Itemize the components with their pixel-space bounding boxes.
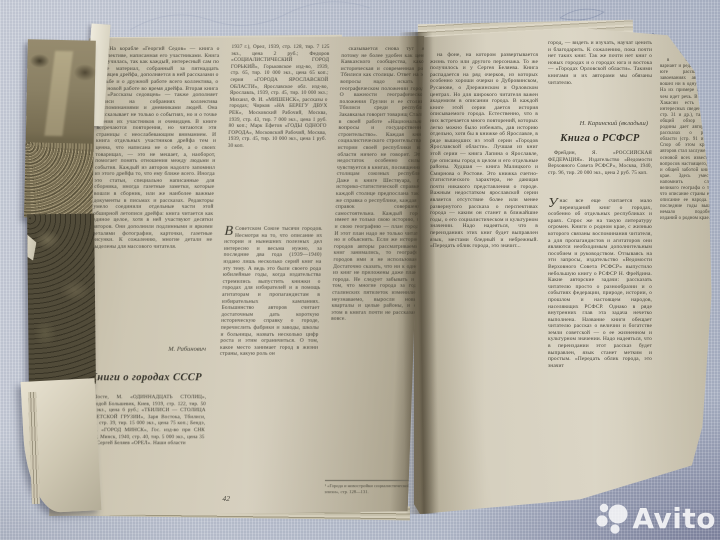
avito-logo-icon bbox=[595, 500, 629, 536]
section-heading-cities: Книги о городах СССР bbox=[77, 372, 215, 383]
right-column-1: на фоне, на котором развертывается жизнь… bbox=[430, 52, 538, 494]
section-heading-rsfsr: Книга о РСФСР bbox=[548, 133, 652, 144]
body-text: на фоне, на котором развертывается жизнь… bbox=[430, 52, 538, 250]
footnote: ¹ «Города и новостройки социалистической… bbox=[324, 480, 411, 494]
left-column-1-bibliography: Шосте, М. «ОДИННАДЦАТЬ СТОЛИЦ», Молодой … bbox=[82, 394, 206, 500]
bibliography-list: 1937 г.), Орел, 1939, стр. 128, тир. 7 1… bbox=[225, 44, 330, 220]
photo-of-open-magazine: { "meta": { "description": "Photograph o… bbox=[0, 0, 720, 540]
photo-gravel-detail bbox=[24, 143, 94, 219]
body-text: «На корабле «Георгий Седов» — книга о ко… bbox=[92, 46, 220, 250]
body-text: сказывается снова тут же, потому не боле… bbox=[331, 46, 430, 323]
drop-cap: У bbox=[548, 198, 558, 209]
watermark-text: Avito bbox=[632, 502, 716, 535]
tipped-in-photo-landscape bbox=[24, 39, 96, 218]
left-column-3: сказывается снова тут же, потому не боле… bbox=[325, 46, 430, 476]
left-column-2: 1937 г.), Орел, 1939, стр. 128, тир. 7 1… bbox=[214, 44, 330, 500]
article-body: Унас все еще считается мало переизданий … bbox=[548, 198, 652, 492]
article-body: ВСоветском Союзе тысячи городов. Несмотр… bbox=[214, 226, 322, 498]
body-text: в «платиновый» вариант и редкие. Так, на… bbox=[660, 58, 716, 223]
avito-watermark: Avito bbox=[595, 500, 716, 536]
photo-tear-detail bbox=[27, 235, 36, 261]
article-end-text: город, — видеть и изучать, научат ценить… bbox=[548, 40, 652, 118]
right-page: на фоне, на котором развертывается жизнь… bbox=[414, 28, 716, 514]
right-column-3: в «платиновый» вариант и редкие. Так, на… bbox=[660, 58, 716, 478]
left-column-1: «На корабле «Георгий Седов» — книга о ко… bbox=[88, 46, 219, 344]
drop-cap: В bbox=[224, 226, 233, 237]
body-text: нас все еще считается мало переизданий к… bbox=[548, 198, 652, 369]
page-number-right: 43 bbox=[544, 490, 648, 499]
right-column-2: город, — видеть и изучать, научат ценить… bbox=[548, 40, 652, 492]
author-signature: М. Рабинович bbox=[88, 346, 206, 353]
author-signature: Н. Каринский (вкладыш) bbox=[548, 120, 648, 127]
tipped-in-photo-foliage bbox=[27, 214, 96, 385]
body-text: Советском Союзе тысячи городов. Несмотря… bbox=[220, 226, 323, 357]
bibliography-entry: Фрейдин, Я. «РОССИЙСКАЯ ФЕДЕРАЦИЯ». Изда… bbox=[548, 150, 652, 194]
page-number-left: 42 bbox=[166, 494, 286, 503]
photo-road-detail bbox=[44, 51, 72, 137]
embroidery-faint-top bbox=[120, 0, 440, 40]
